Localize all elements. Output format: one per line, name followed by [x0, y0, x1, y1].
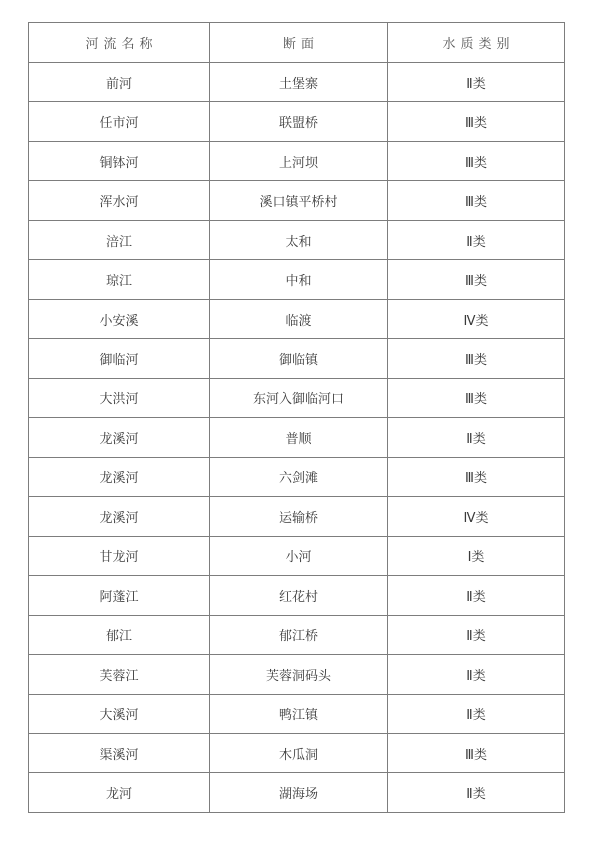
cell-category: Ⅱ类 — [388, 773, 565, 813]
cell-category: Ⅳ类 — [388, 497, 565, 536]
cell-section: 红花村 — [210, 576, 388, 615]
column-header-section: 断面 — [210, 23, 388, 63]
cell-category: Ⅱ类 — [388, 655, 565, 694]
cell-category: Ⅲ类 — [388, 378, 565, 417]
document-page: 河流名称 断面 水质类别 前河土堡寨Ⅱ类任市河联盟桥Ⅲ类铜钵河上河坝Ⅲ类浑水河溪… — [0, 0, 600, 848]
column-header-river-name: 河流名称 — [29, 23, 210, 63]
table-row: 浑水河溪口镇平桥村Ⅲ类 — [29, 181, 565, 220]
cell-section: 上河坝 — [210, 141, 388, 180]
table-row: 涪江太和Ⅱ类 — [29, 220, 565, 259]
cell-section: 芙蓉洞码头 — [210, 655, 388, 694]
table-row: 甘龙河小河Ⅰ类 — [29, 536, 565, 575]
cell-category: Ⅲ类 — [388, 141, 565, 180]
cell-river: 大洪河 — [29, 378, 210, 417]
table-row: 铜钵河上河坝Ⅲ类 — [29, 141, 565, 180]
table-row: 龙河湖海场Ⅱ类 — [29, 773, 565, 813]
river-water-quality-table: 河流名称 断面 水质类别 前河土堡寨Ⅱ类任市河联盟桥Ⅲ类铜钵河上河坝Ⅲ类浑水河溪… — [28, 22, 565, 813]
table-row: 龙溪河普顺Ⅱ类 — [29, 418, 565, 457]
cell-category: Ⅲ类 — [388, 181, 565, 220]
cell-section: 溪口镇平桥村 — [210, 181, 388, 220]
table-header: 河流名称 断面 水质类别 — [29, 23, 565, 63]
cell-section: 太和 — [210, 220, 388, 259]
cell-river: 甘龙河 — [29, 536, 210, 575]
cell-category: Ⅰ类 — [388, 536, 565, 575]
cell-section: 土堡寨 — [210, 63, 388, 102]
cell-category: Ⅱ类 — [388, 63, 565, 102]
cell-category: Ⅳ类 — [388, 299, 565, 338]
cell-section: 普顺 — [210, 418, 388, 457]
cell-section: 临渡 — [210, 299, 388, 338]
table-row: 御临河御临镇Ⅲ类 — [29, 339, 565, 378]
cell-section: 六剑滩 — [210, 457, 388, 496]
cell-category: Ⅱ类 — [388, 418, 565, 457]
cell-section: 郁江桥 — [210, 615, 388, 654]
cell-river: 大溪河 — [29, 694, 210, 733]
cell-river: 铜钵河 — [29, 141, 210, 180]
cell-section: 湖海场 — [210, 773, 388, 813]
table-row: 大洪河东河入御临河口Ⅲ类 — [29, 378, 565, 417]
table-row: 龙溪河运输桥Ⅳ类 — [29, 497, 565, 536]
table-row: 琼江中和Ⅲ类 — [29, 260, 565, 299]
cell-river: 御临河 — [29, 339, 210, 378]
cell-river: 渠溪河 — [29, 733, 210, 772]
cell-section: 木瓜洞 — [210, 733, 388, 772]
cell-river: 小安溪 — [29, 299, 210, 338]
table-row: 大溪河鸭江镇Ⅱ类 — [29, 694, 565, 733]
cell-river: 龙河 — [29, 773, 210, 813]
cell-section: 联盟桥 — [210, 102, 388, 141]
cell-category: Ⅲ类 — [388, 457, 565, 496]
table-row: 芙蓉江芙蓉洞码头Ⅱ类 — [29, 655, 565, 694]
cell-river: 任市河 — [29, 102, 210, 141]
cell-category: Ⅱ类 — [388, 220, 565, 259]
cell-river: 龙溪河 — [29, 418, 210, 457]
cell-section: 御临镇 — [210, 339, 388, 378]
cell-category: Ⅲ类 — [388, 102, 565, 141]
cell-section: 鸭江镇 — [210, 694, 388, 733]
table-row: 前河土堡寨Ⅱ类 — [29, 63, 565, 102]
cell-category: Ⅲ类 — [388, 260, 565, 299]
cell-category: Ⅲ类 — [388, 733, 565, 772]
cell-river: 前河 — [29, 63, 210, 102]
table-row: 阿蓬江红花村Ⅱ类 — [29, 576, 565, 615]
cell-section: 小河 — [210, 536, 388, 575]
header-row: 河流名称 断面 水质类别 — [29, 23, 565, 63]
cell-category: Ⅱ类 — [388, 694, 565, 733]
table-body: 前河土堡寨Ⅱ类任市河联盟桥Ⅲ类铜钵河上河坝Ⅲ类浑水河溪口镇平桥村Ⅲ类涪江太和Ⅱ类… — [29, 63, 565, 813]
cell-river: 郁江 — [29, 615, 210, 654]
cell-category: Ⅱ类 — [388, 576, 565, 615]
table-row: 小安溪临渡Ⅳ类 — [29, 299, 565, 338]
cell-river: 阿蓬江 — [29, 576, 210, 615]
cell-section: 中和 — [210, 260, 388, 299]
cell-category: Ⅲ类 — [388, 339, 565, 378]
cell-river: 浑水河 — [29, 181, 210, 220]
cell-river: 龙溪河 — [29, 457, 210, 496]
table-row: 郁江郁江桥Ⅱ类 — [29, 615, 565, 654]
cell-category: Ⅱ类 — [388, 615, 565, 654]
cell-river: 芙蓉江 — [29, 655, 210, 694]
table-row: 龙溪河六剑滩Ⅲ类 — [29, 457, 565, 496]
cell-section: 东河入御临河口 — [210, 378, 388, 417]
cell-river: 涪江 — [29, 220, 210, 259]
column-header-water-quality-category: 水质类别 — [388, 23, 565, 63]
cell-section: 运输桥 — [210, 497, 388, 536]
cell-river: 龙溪河 — [29, 497, 210, 536]
table-row: 任市河联盟桥Ⅲ类 — [29, 102, 565, 141]
table-row: 渠溪河木瓜洞Ⅲ类 — [29, 733, 565, 772]
cell-river: 琼江 — [29, 260, 210, 299]
